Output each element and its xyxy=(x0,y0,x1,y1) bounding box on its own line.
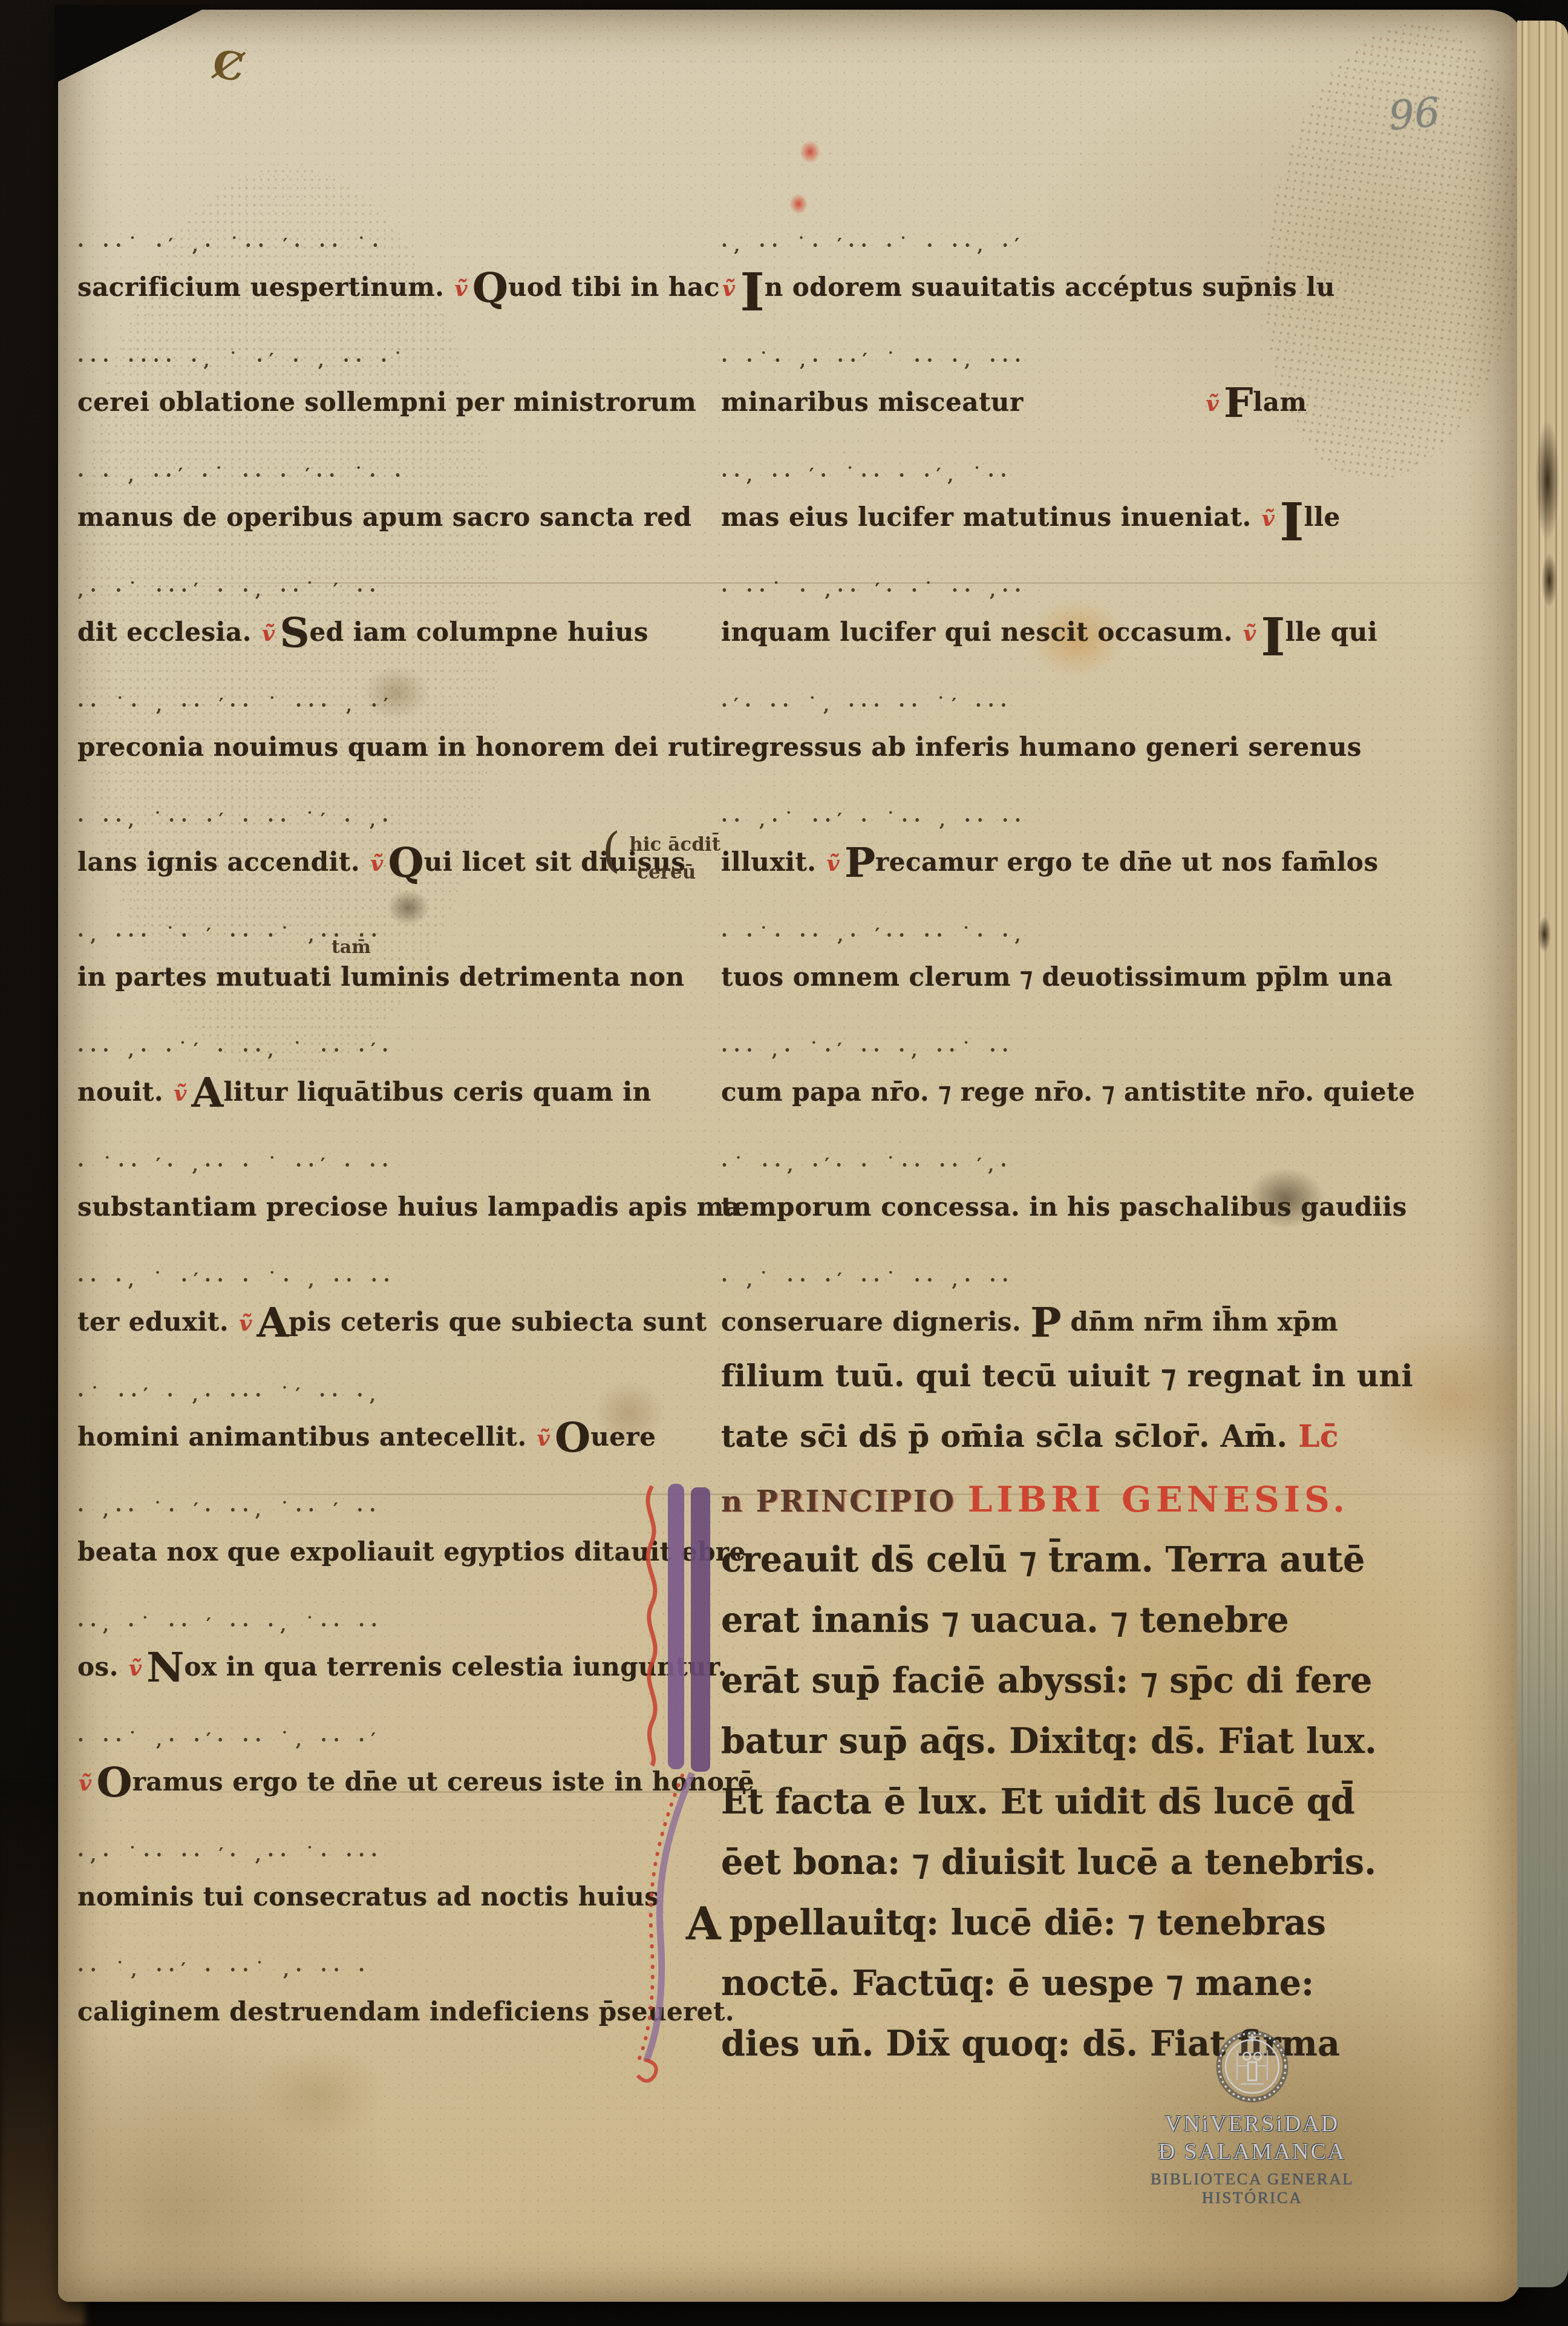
script-text: tate sc̄i ds̄ p̄ om̄ia sc̄la sc̄lor̄. Am… xyxy=(721,1418,1298,1454)
initial-purple-bar xyxy=(668,1484,684,1769)
text-row: mas eius lucifer matutinus inueniat. ṽIl… xyxy=(721,502,1344,553)
manuscript-line: erāt sup̄ faciē abyssi: ⁊ sp̄c di fere xyxy=(721,1660,1344,1721)
manuscript-line: · · ‚ ··′ ·˙ ·· · ′·· ˙· ·manus de operi… xyxy=(77,438,622,553)
text-row: manus de operibus apum sacro sancta red xyxy=(77,502,622,553)
manuscript-line: · ˙·· ′· ‚·· · ˙ ··′ · ··substantiam pre… xyxy=(77,1128,622,1243)
neume-notation-row: ··· ‚· ˙·′ ·· ·‚ ··˙ ·· xyxy=(721,1013,1344,1077)
neume-notation-row: · ··‚ ˙·· ·′ · ·· ˙′ · ‚· xyxy=(77,783,622,847)
text-row: minaribus misceaturṽFlam xyxy=(721,387,1344,438)
text-row: Et facta ē lux. Et uidit ds̄ lucē qd̄ xyxy=(721,1781,1344,1842)
neume-notation-row: ·′· ·· ˙‚ ··· ·· ˙′ ··· xyxy=(721,668,1344,732)
manuscript-line: ‚· ·˙ ···′ · ·‚ ··˙ ′ ··dit ecclesia. ṽS… xyxy=(77,553,622,668)
manuscript-line: ·· ˙‚ ··′ · ··˙ ‚· ·· ·caliginem destrue… xyxy=(77,1933,622,2048)
neume-notation-row: ·‚ ·· ˙· ′·· ·˙ · ··‚ ·′ xyxy=(721,208,1344,272)
script-text: dit ecclesia. xyxy=(77,617,261,647)
neume-notation-row: ·‚· ˙·· ·· ′· ‚·· ˙· ··· xyxy=(77,1818,622,1882)
script-text: os. xyxy=(77,1652,128,1682)
script-text: lle qui xyxy=(1285,617,1378,647)
manuscript-line: ··‚ ·˙ ·· ′ ·· ·‚ ˙·· ··os. ṽNox in qua … xyxy=(77,1588,622,1703)
script-text: nominis tui consecratus ad noctis huius xyxy=(77,1882,659,1912)
neume-notation-row: ·· ·‚ ˙ ·′·· · ˙· ‚ ·· ·· xyxy=(77,1243,622,1307)
manuscript-photo: { "page": { "folio_number": "96", "corne… xyxy=(0,0,1568,2326)
neume-notation-row: · ··˙ ·′ ‚· ˙·· ′· ·· ˙· xyxy=(77,208,622,272)
script-text: minaribus misceatur xyxy=(721,387,1024,417)
manuscript-line: erat inanis ⁊ uacua. ⁊ tenebre xyxy=(721,1600,1344,1660)
manuscript-line: ·· ·‚ ˙ ·′·· · ˙· ‚ ·· ··ter eduxit. ṽAp… xyxy=(77,1243,622,1358)
manuscript-line: ·· ‚·˙ ··′ · ˙·· ‚ ·· ··illuxit. ṽPrecam… xyxy=(721,783,1344,898)
text-row: caliginem destruendam indeficiens p̄seue… xyxy=(77,1997,622,2048)
text-row: beata nox que expoliauit egyptios ditaui… xyxy=(77,1537,622,1588)
script-text: ppellauitq: lucē diē: ⁊ tenebras xyxy=(729,1902,1325,1943)
manuscript-line: Et facta ē lux. Et uidit ds̄ lucē qd̄ xyxy=(721,1781,1344,1842)
versicle-mark-icon: ṽ xyxy=(1206,391,1219,416)
text-row: nominis tui consecratus ad noctis huius xyxy=(77,1882,622,1933)
interlinear-correction: tam̄ xyxy=(332,937,371,958)
script-text: batur sup̄ aq̄s. Dixitq: ds̄. Fiat lux. xyxy=(721,1721,1377,1761)
manuscript-line: noctē. Factūq: ē uespe ⁊ mane: xyxy=(721,1963,1344,2023)
text-row: erat inanis ⁊ uacua. ⁊ tenebre xyxy=(721,1600,1344,1660)
versicle-mark-icon: ṽ xyxy=(174,1081,186,1106)
script-text: inquam lucifer qui nescit occasum. xyxy=(721,617,1242,647)
neume-notation-row: · ‚˙ ·· ·′ ··˙ ·· ‚· ·· xyxy=(721,1243,1344,1307)
script-text: Et facta ē lux. Et uidit ds̄ lucē qd̄ xyxy=(721,1781,1355,1822)
manuscript-line: · ··˙ ‚· ·′· ·· ˙‚ ·· ·′ṽOramus ergo te … xyxy=(77,1703,622,1818)
script-text: uere xyxy=(590,1422,656,1452)
text-row: illuxit. ṽPrecamur ergo te dn̄e ut nos f… xyxy=(721,847,1344,898)
marginal-note-line2: cereū xyxy=(637,862,696,883)
rubric-libri-genesis: LIBRI GENESIS. xyxy=(968,1479,1349,1520)
versicle-mark-icon: ṽ xyxy=(239,1311,252,1336)
neume-notation-row: ··· ···· ·‚ ˙ ·′ · ‚ ·· ·˙ xyxy=(77,323,622,387)
text-row: conseruare digneris. P dn̄m nr̄m ih̄m xp… xyxy=(721,1307,1344,1358)
script-text: lans ignis accendit. xyxy=(77,847,369,877)
neume-notation-row: · ··˙ ‚· ·′· ·· ˙‚ ·· ·′ xyxy=(77,1703,622,1767)
versicle-mark-icon: ṽ xyxy=(370,851,383,876)
neume-notation-row: ··‚ ·˙ ·· ′ ·· ·‚ ˙·· ·· xyxy=(77,1588,622,1652)
neume-notation-row: · ··˙ · ‚·· ′· ·˙ ·· ‚·· xyxy=(721,553,1344,617)
neume-notation-row: ·˙ ··‚ ·′· · ˙·· ·· ′‚· xyxy=(721,1128,1344,1192)
manuscript-line: ·· ˙· ‚ ·· ′·· ˙ ··· ‚ ·′preconia nouimu… xyxy=(77,668,622,783)
script-text: lle xyxy=(1304,502,1341,532)
text-row: nouit. ṽAlitur liquātibus ceris quam in xyxy=(77,1077,622,1128)
marginal-note-line1: hic ācdit̄ xyxy=(629,834,720,856)
manuscript-line: ·˙ ··′ · ‚· ··· ˙′ ·· ·‚homini animantib… xyxy=(77,1358,622,1473)
script-text: ter eduxit. xyxy=(77,1307,238,1337)
script-text: in partes mutuati luminis detrimenta non xyxy=(77,962,685,992)
script-text: n odorem suauitatis accéptus sup̄nis lu xyxy=(765,272,1335,302)
script-text: recamur ergo te dn̄e ut nos fam̄los xyxy=(875,847,1378,877)
neume-notation-row: ‚· ·˙ ···′ · ·‚ ··˙ ′ ·· xyxy=(77,553,622,617)
text-row: regressus ab inferis humano generi seren… xyxy=(721,732,1344,783)
text-row: lans ignis accendit. ṽQui licet sit diui… xyxy=(77,847,622,898)
script-text: illuxit. xyxy=(721,847,826,877)
versicle-mark-icon: ṽ xyxy=(79,1771,91,1796)
text-row: homini animantibus antecellit. ṽOuere xyxy=(77,1422,622,1473)
manuscript-line: ·′· ·· ˙‚ ··· ·· ˙′ ···regressus ab infe… xyxy=(721,668,1344,783)
page-stack-fore-edge xyxy=(1517,21,1568,2287)
text-row: creauit ds̄ celū ⁊ t̄ram. Terra autē xyxy=(721,1539,1344,1600)
marginal-note: ( hic ācdit̄ cereū xyxy=(602,834,720,883)
text-row: substantiam preciose huius lampadis apis… xyxy=(77,1192,622,1243)
text-row: noctē. Factūq: ē uespe ⁊ mane: xyxy=(721,1963,1344,2023)
versicle-mark-icon: ṽ xyxy=(537,1426,550,1451)
text-row: temporum concessa. in his paschalibus ga… xyxy=(721,1192,1344,1243)
script-text: litur liquātibus ceris quam in xyxy=(223,1077,651,1107)
rubric-in-principio: n PRINCIPIO xyxy=(721,1485,968,1519)
scribal-corner-mark: Ȼ xyxy=(210,42,247,91)
script-text: cum papa nr̄o. ⁊ rege nr̄o. ⁊ antistite … xyxy=(721,1077,1415,1107)
manuscript-line: batur sup̄ aq̄s. Dixitq: ds̄. Fiat lux. xyxy=(721,1721,1344,1781)
manuscript-line: · ··˙ · ‚·· ′· ·˙ ·· ‚··inquam lucifer q… xyxy=(721,553,1344,668)
text-row: ēet bona: ⁊ diuisit lucē a tenebris. xyxy=(721,1842,1344,1902)
text-row: sacrificium uespertinum. ṽQuod tibi in h… xyxy=(77,272,622,323)
manuscript-line: ··‚ ·· ′· ˙·· · ·′‚ ˙··mas eius lucifer … xyxy=(721,438,1344,553)
script-text: ed iam columpne huius xyxy=(309,617,648,647)
manuscript-line: ·˙ ··‚ ·′· · ˙·· ·· ′‚·temporum concessa… xyxy=(721,1128,1344,1243)
script-text: regressus ab inferis humano generi seren… xyxy=(721,732,1362,762)
text-row: filium tuū. qui tecū uiuit ⁊ regnat in u… xyxy=(721,1358,1344,1418)
script-text: lam xyxy=(1253,387,1307,417)
neume-notation-row: · ˙·· ′· ‚·· · ˙ ··′ · ·· xyxy=(77,1128,622,1192)
manuscript-line: filium tuū. qui tecū uiuit ⁊ regnat in u… xyxy=(721,1358,1344,1418)
library-watermark: VNiVERSiDAD Ð SALAMANCA BIBLIOTECA GENER… xyxy=(1101,2028,1403,2207)
script-text: cerei oblatione sollempni per ministroru… xyxy=(77,387,696,417)
script-text: nouit. xyxy=(77,1077,172,1107)
red-ink-blot xyxy=(800,140,820,163)
script-text: uod tibi in hac xyxy=(508,272,720,302)
text-row: ṽIn odorem suauitatis accéptus sup̄nis l… xyxy=(721,272,1344,323)
text-row: Appellauitq: lucē diē: ⁊ tenebras xyxy=(721,1902,1344,1963)
script-text: pis ceteris que subiecta sunt xyxy=(289,1307,707,1337)
script-text: substantiam preciose huius lampadis apis… xyxy=(77,1192,740,1222)
neume-notation-row: · · ‚ ··′ ·˙ ·· · ′·· ˙· · xyxy=(77,438,622,502)
manuscript-line: · ··˙ ·′ ‚· ˙·· ′· ·· ˙·sacrificium uesp… xyxy=(77,208,622,323)
neume-notation-row: · ‚·· ˙· ′· ··‚ ˙·· ′ ·· xyxy=(77,1473,622,1537)
watermark-university-line: VNiVERSiDAD xyxy=(1101,2111,1403,2137)
manuscript-line: ··· ‚· ˙·′ ·· ·‚ ··˙ ··cum papa nr̄o. ⁊ … xyxy=(721,1013,1344,1128)
neume-notation-row: ··· ‚· ·˙′ · ··‚ ˙ ·· ·′· xyxy=(77,1013,622,1077)
manuscript-line: ·‚· ˙·· ·· ′· ‚·· ˙· ···nominis tui cons… xyxy=(77,1818,622,1933)
manuscript-line: ··· ‚· ·˙′ · ··‚ ˙ ·· ·′·nouit. ṽAlitur … xyxy=(77,1013,622,1128)
right-chant-block: ·‚ ·· ˙· ′·· ·˙ · ··‚ ·′ṽIn odorem suaui… xyxy=(721,208,1344,1358)
text-row: erāt sup̄ faciē abyssi: ⁊ sp̄c di fere xyxy=(721,1660,1344,1721)
script-text: dn̄m nr̄m ih̄m xp̄m xyxy=(1061,1307,1338,1337)
left-column: · ··˙ ·′ ‚· ˙·· ′· ·· ˙·sacrificium uesp… xyxy=(77,208,622,2048)
text-row: tate sc̄i ds̄ p̄ om̄ia sc̄la sc̄lor̄. Am… xyxy=(721,1418,1344,1479)
versicle-mark-icon: ṽ xyxy=(262,621,275,646)
neume-notation-row: · ·˙· ·· ‚· ′·· ·· ˙· ·‚ xyxy=(721,898,1344,962)
manuscript-line: · ·˙· ·· ‚· ′·· ·· ˙· ·‚tuos omnem cleru… xyxy=(721,898,1344,1013)
red-rubric-text: Lc̄ xyxy=(1298,1418,1339,1454)
initial-purple-bar xyxy=(691,1487,710,1772)
script-text: ēet bona: ⁊ diuisit lucē a tenebris. xyxy=(721,1842,1376,1882)
neume-notation-row: ·˙ ··′ · ‚· ··· ˙′ ·· ·‚ xyxy=(77,1358,622,1422)
manuscript-line: creauit ds̄ celū ⁊ t̄ram. Terra autē xyxy=(721,1539,1344,1600)
watermark-library-line: BIBLIOTECA GENERAL HISTÓRICA xyxy=(1101,2170,1403,2207)
fore-edge-ink-smudge xyxy=(1535,420,1560,541)
script-text: tuos omnem clerum ⁊ deuotissimum pp̄lm u… xyxy=(721,962,1393,992)
script-text: manus de operibus apum sacro sancta red xyxy=(77,502,691,532)
text-row: ter eduxit. ṽApis ceteris que subiecta s… xyxy=(77,1307,622,1358)
neume-notation-row: ·· ‚·˙ ··′ · ˙·· ‚ ·· ·· xyxy=(721,783,1344,847)
versicle-mark-icon: ṽ xyxy=(1262,506,1275,531)
fore-edge-ink-smudge xyxy=(1538,916,1551,952)
neume-notation-row: ·· ˙· ‚ ·· ′·· ˙ ··· ‚ ·′ xyxy=(77,668,622,732)
neume-notation-row: · ·˙· ‚· ··′ ˙ ·· ·‚ ··· xyxy=(721,323,1344,387)
script-text: noctē. Factūq: ē uespe ⁊ mane: xyxy=(721,1963,1314,2003)
illuminated-initial-I xyxy=(632,1484,728,2083)
genesis-text-block: creauit ds̄ celū ⁊ t̄ram. Terra autēerat… xyxy=(721,1539,1344,2084)
text-row: os. ṽNox in qua terrenis celestia iungun… xyxy=(77,1652,622,1703)
manuscript-line: ēet bona: ⁊ diuisit lucē a tenebris. xyxy=(721,1842,1344,1902)
script-text: mas eius lucifer matutinus inueniat. xyxy=(721,502,1261,532)
initial-curl xyxy=(638,2060,656,2081)
versicle-mark-icon: ṽ xyxy=(129,1656,142,1681)
text-row: cerei oblatione sollempni per ministroru… xyxy=(77,387,622,438)
manuscript-line: · ··‚ ˙·· ·′ · ·· ˙′ · ‚·lans ignis acce… xyxy=(77,783,622,898)
versicle-mark-icon: ṽ xyxy=(827,851,840,876)
watermark-salamanca-line: Ð SALAMANCA xyxy=(1101,2138,1403,2165)
manuscript-line: ··· ···· ·‚ ˙ ·′ · ‚ ·· ·˙cerei oblation… xyxy=(77,323,622,438)
script-text: creauit ds̄ celū ⁊ t̄ram. Terra autē xyxy=(721,1539,1365,1580)
versicle-mark-icon: ṽ xyxy=(1243,621,1256,646)
neume-notation-row: ·· ˙‚ ··′ · ··˙ ‚· ·· · xyxy=(77,1933,622,1997)
manuscript-line: ·‚ ·· ˙· ′·· ·˙ · ··‚ ·′ṽIn odorem suaui… xyxy=(721,208,1344,323)
manuscript-line: Appellauitq: lucē diē: ⁊ tenebras xyxy=(721,1902,1344,1963)
script-text: sacrificium uespertinum. xyxy=(77,272,453,302)
text-row: tuos omnem clerum ⁊ deuotissimum pp̄lm u… xyxy=(721,962,1344,1013)
manuscript-line: · ·˙· ‚· ··′ ˙ ·· ·‚ ···minaribus miscea… xyxy=(721,323,1344,438)
manuscript-line: tate sc̄i ds̄ p̄ om̄ia sc̄la sc̄lor̄. Am… xyxy=(721,1418,1344,1479)
script-text: preconia nouimus quam in honorem dei rut… xyxy=(77,732,722,762)
manuscript-line: · ‚·· ˙· ′· ··‚ ˙·· ′ ··beata nox que ex… xyxy=(77,1473,622,1588)
right-column: ·‚ ·· ˙· ′·· ·˙ · ··‚ ·′ṽIn odorem suaui… xyxy=(721,208,1344,2084)
folio-number: 96 xyxy=(1387,88,1442,139)
script-text: filium tuū. qui tecū uiuit ⁊ regnat in u… xyxy=(721,1358,1413,1394)
script-text: conseruare digneris. xyxy=(721,1307,1030,1337)
right-prose-block: filium tuū. qui tecū uiuit ⁊ regnat in u… xyxy=(721,1358,1344,1479)
versicle-mark-icon: ṽ xyxy=(454,276,467,301)
text-row: dit ecclesia. ṽSed iam columpne huius xyxy=(77,617,622,668)
initial-red-flourish xyxy=(648,1486,655,1766)
text-row: preconia nouimus quam in honorem dei rut… xyxy=(77,732,622,783)
text-row: in partes mutuati luminis detrimenta non xyxy=(77,962,622,1013)
initial-tail xyxy=(646,1773,692,2062)
versicle-mark-icon: ṽ xyxy=(722,276,735,301)
text-row: cum papa nr̄o. ⁊ rege nr̄o. ⁊ antistite … xyxy=(721,1077,1344,1128)
university-seal-icon xyxy=(1214,2028,1290,2105)
text-row: batur sup̄ aq̄s. Dixitq: ds̄. Fiat lux. xyxy=(721,1721,1344,1781)
script-text: erāt sup̄ faciē abyssi: ⁊ sp̄c di fere xyxy=(721,1660,1372,1701)
fore-edge-ink-smudge xyxy=(1541,553,1557,608)
genesis-rubric: n PRINCIPIO LIBRI GENESIS. xyxy=(721,1479,1344,1539)
text-row: ṽOramus ergo te dn̄e ut cereus iste in h… xyxy=(77,1767,622,1818)
manuscript-line: · ‚˙ ·· ·′ ··˙ ·· ‚· ··conseruare digner… xyxy=(721,1243,1344,1358)
text-row: inquam lucifer qui nescit occasum. ṽIlle… xyxy=(721,617,1344,668)
script-text: temporum concessa. in his paschalibus ga… xyxy=(721,1192,1407,1222)
script-text: erat inanis ⁊ uacua. ⁊ tenebre xyxy=(721,1600,1289,1640)
neume-notation-row: ··‚ ·· ′· ˙·· · ·′‚ ˙·· xyxy=(721,438,1344,502)
script-text: homini animantibus antecellit. xyxy=(77,1422,536,1452)
